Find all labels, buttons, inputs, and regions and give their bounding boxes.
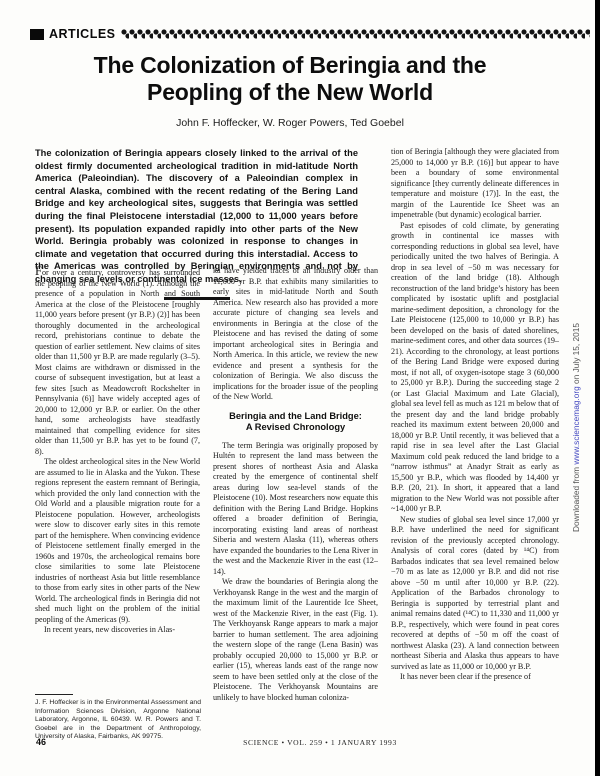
- paragraph: ka have yielded traces of an industry ol…: [213, 266, 378, 403]
- section-label: ARTICLES: [49, 27, 116, 41]
- section-subheading: Beringia and the Land Bridge: A Revised …: [213, 411, 378, 434]
- footnote-rule: [35, 694, 73, 695]
- paragraph: In recent years, new discoveries in Alas…: [35, 625, 200, 636]
- paragraph: tion of Beringia [although they were gla…: [391, 147, 559, 221]
- abstract-text: The colonization of Beringia appears clo…: [35, 147, 358, 286]
- watermark-suffix: on July 15, 2015: [571, 323, 581, 386]
- watermark-prefix: Downloaded from: [571, 465, 581, 532]
- paragraph: New studies of global sea level since 17…: [391, 515, 559, 673]
- download-watermark: Downloaded from www.sciencemag.org on Ju…: [571, 140, 581, 532]
- section-square-icon: [30, 29, 44, 40]
- subheading-line1: Beringia and the Land Bridge:: [213, 411, 378, 423]
- authors-line: John F. Hoffecker, W. Roger Powers, Ted …: [30, 117, 550, 129]
- paragraph: Past episodes of cold climate, by genera…: [391, 221, 559, 515]
- body-column-1: For over a century, controversy has surr…: [35, 266, 200, 690]
- decorative-chain-rule: [121, 29, 591, 39]
- subheading-line2: A Revised Chronology: [213, 422, 378, 434]
- body-column-2: ka have yielded traces of an industry ol…: [213, 266, 378, 718]
- paragraph: The term Beringia was originally propose…: [213, 441, 378, 578]
- scan-edge: [595, 0, 600, 776]
- article-title-line2: Peopling of the New World: [30, 79, 550, 106]
- affiliation-footnote: J. F. Hoffecker is in the Environmental …: [35, 694, 201, 742]
- paragraph: The oldest archeological sites in the Ne…: [35, 457, 200, 625]
- article-title-line1: The Colonization of Beringia and the: [30, 52, 550, 79]
- article-title: The Colonization of Beringia and the Peo…: [30, 52, 550, 106]
- body-column-3: tion of Beringia [although they were gla…: [391, 147, 559, 727]
- page-number: 46: [36, 737, 46, 747]
- section-header: ARTICLES: [30, 27, 590, 41]
- paragraph: For over a century, controversy has surr…: [35, 266, 200, 457]
- sciencemag-link[interactable]: www.sciencemag.org: [571, 386, 581, 464]
- paragraph: We draw the boundaries of Beringia along…: [213, 577, 378, 703]
- paragraph: It has never been clear if the presence …: [391, 672, 559, 683]
- footnote-text: J. F. Hoffecker is in the Environmental …: [35, 699, 201, 742]
- journal-footer: SCIENCE • VOL. 259 • 1 JANUARY 1993: [60, 738, 580, 747]
